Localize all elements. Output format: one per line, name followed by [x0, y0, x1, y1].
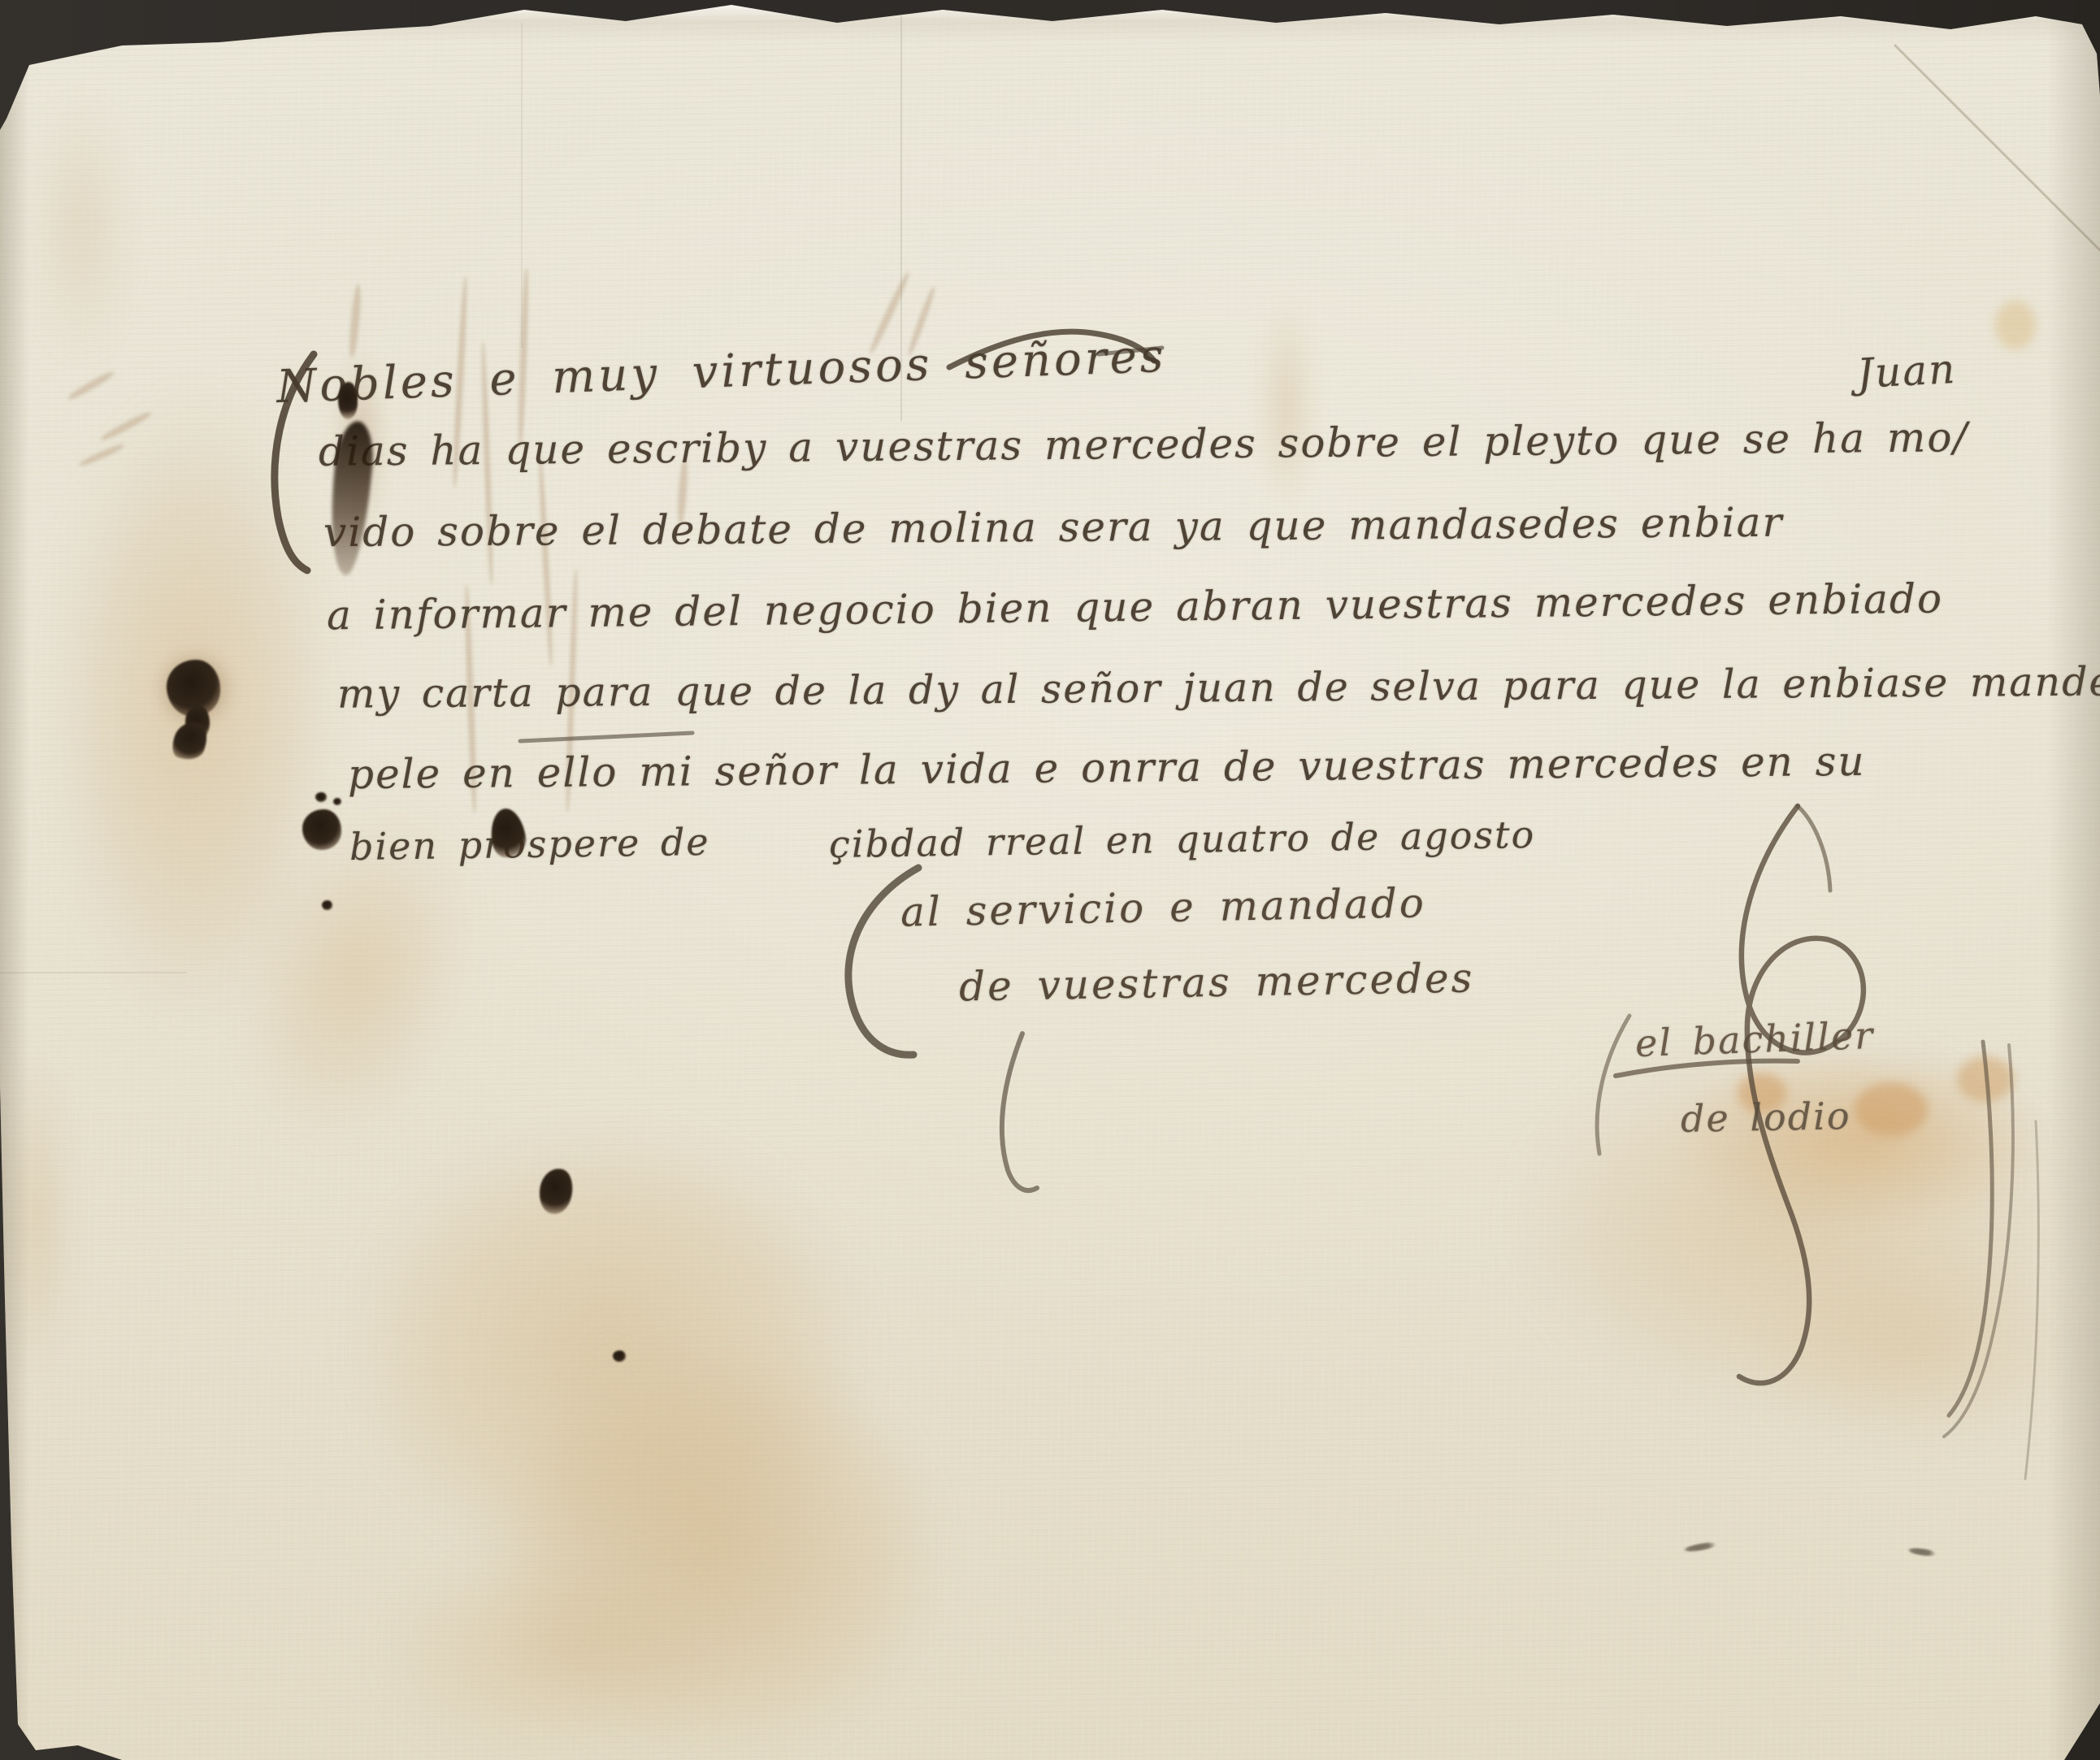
water-stain-bottom-b: [488, 1341, 943, 1760]
water-stain-left-edge: [0, 1048, 73, 1389]
bleedthrough-mark: [78, 442, 125, 468]
ink-blot: [185, 705, 210, 739]
bleedthrough-mark: [99, 410, 153, 443]
water-stain-left-tongue: [195, 769, 519, 1172]
ink-smear: [323, 419, 377, 577]
stain-speckle: [1957, 1056, 2014, 1102]
vertical-crease: [900, 15, 902, 421]
ink-blot: [302, 809, 341, 850]
ink-speck: [333, 798, 341, 805]
water-stain-right-mottle: [1674, 1048, 2048, 1227]
body-line-3: a informar me del negocio bien que abran…: [327, 575, 1944, 639]
water-stain-right: [1512, 1032, 2080, 1414]
bleedthrough-mark: [517, 268, 530, 447]
corner-crease: [1895, 46, 2100, 250]
bleedthrough-mark: [906, 285, 937, 356]
bleedthrough-mark: [451, 276, 469, 488]
body-line-2: vido sobre el debate de molina sera ya q…: [323, 499, 1784, 557]
signature-line-1: el bachiller: [1634, 1013, 1875, 1065]
bleedthrough-mark: [676, 459, 689, 525]
water-stain-top-streak: [1258, 301, 1315, 512]
body-line-5: pele en ello mi señor la vida e onrra de…: [348, 738, 1866, 798]
ink-blot: [338, 382, 358, 419]
heading-word-juan: Juan: [1856, 345, 1958, 397]
closing-flourish: [848, 868, 918, 1055]
ink-blot: [167, 660, 220, 717]
heading-line: Nobles e muy virtuosos señores: [276, 330, 1167, 414]
abbreviation-overline: [520, 733, 692, 741]
bleedthrough-mark: [463, 585, 478, 813]
ink-hairline: [1684, 1541, 1717, 1554]
manuscript-paper: Nobles e muy virtuosos señores Juan dias…: [0, 0, 2100, 1760]
bleedthrough-mark: [537, 455, 554, 666]
water-stain-top-left: [33, 98, 130, 358]
ink-speck: [613, 1350, 626, 1362]
ink-hairline: [1908, 1547, 1937, 1558]
stain-speckle: [1738, 1073, 1786, 1113]
paper-edge-shading: [0, 0, 2100, 1760]
horizontal-crease: [0, 972, 187, 973]
ink-blot: [488, 806, 528, 859]
ink-speck: [315, 792, 327, 802]
pen-flourishes: [0, 0, 2100, 1760]
water-stain-bottom-a: [349, 1121, 870, 1576]
opening-bracket-flourish: [275, 354, 314, 570]
bleedthrough-mark: [67, 370, 115, 402]
bleedthrough-mark: [480, 341, 494, 585]
water-stain-right-tail: [1747, 1251, 2089, 1446]
signature-rubric-flourish: [1597, 46, 2100, 1479]
water-stain-bottom-c: [382, 1544, 723, 1760]
closing-line-1: al servicio e mandado: [900, 879, 1427, 935]
signature-line-2: de lodio: [1681, 1094, 1851, 1141]
bleedthrough-mark: [565, 569, 579, 813]
ink-blot: [168, 717, 212, 765]
vertical-crease: [521, 23, 523, 348]
body-line-4: my carta para que de la dy al señor juan…: [337, 658, 2100, 717]
body-line-6b: çibdad rreal en quatro de agosto: [829, 813, 1536, 866]
paper-fiber-texture: [0, 0, 2100, 1760]
body-line-1: dias ha que escriby a vuestras mercedes …: [319, 414, 1969, 475]
heading-flourish: [949, 332, 1154, 367]
closing-line-2: de vuestras mercedes: [959, 954, 1475, 1010]
ink-speck: [322, 900, 332, 910]
stain-speckle: [1855, 1082, 1928, 1136]
bleedthrough-mark: [867, 271, 912, 354]
ink-blot-halo: [154, 646, 236, 731]
ink-wash-heading: [332, 349, 388, 536]
small-yellow-spot: [1995, 301, 2036, 349]
water-stain-left-band: [49, 390, 341, 1024]
bleedthrough-mark: [348, 284, 362, 358]
body-line-6a: bien prospere de: [349, 820, 710, 869]
scanned-manuscript-photo: Nobles e muy virtuosos señores Juan dias…: [0, 0, 2100, 1760]
ink-blot: [536, 1166, 575, 1216]
